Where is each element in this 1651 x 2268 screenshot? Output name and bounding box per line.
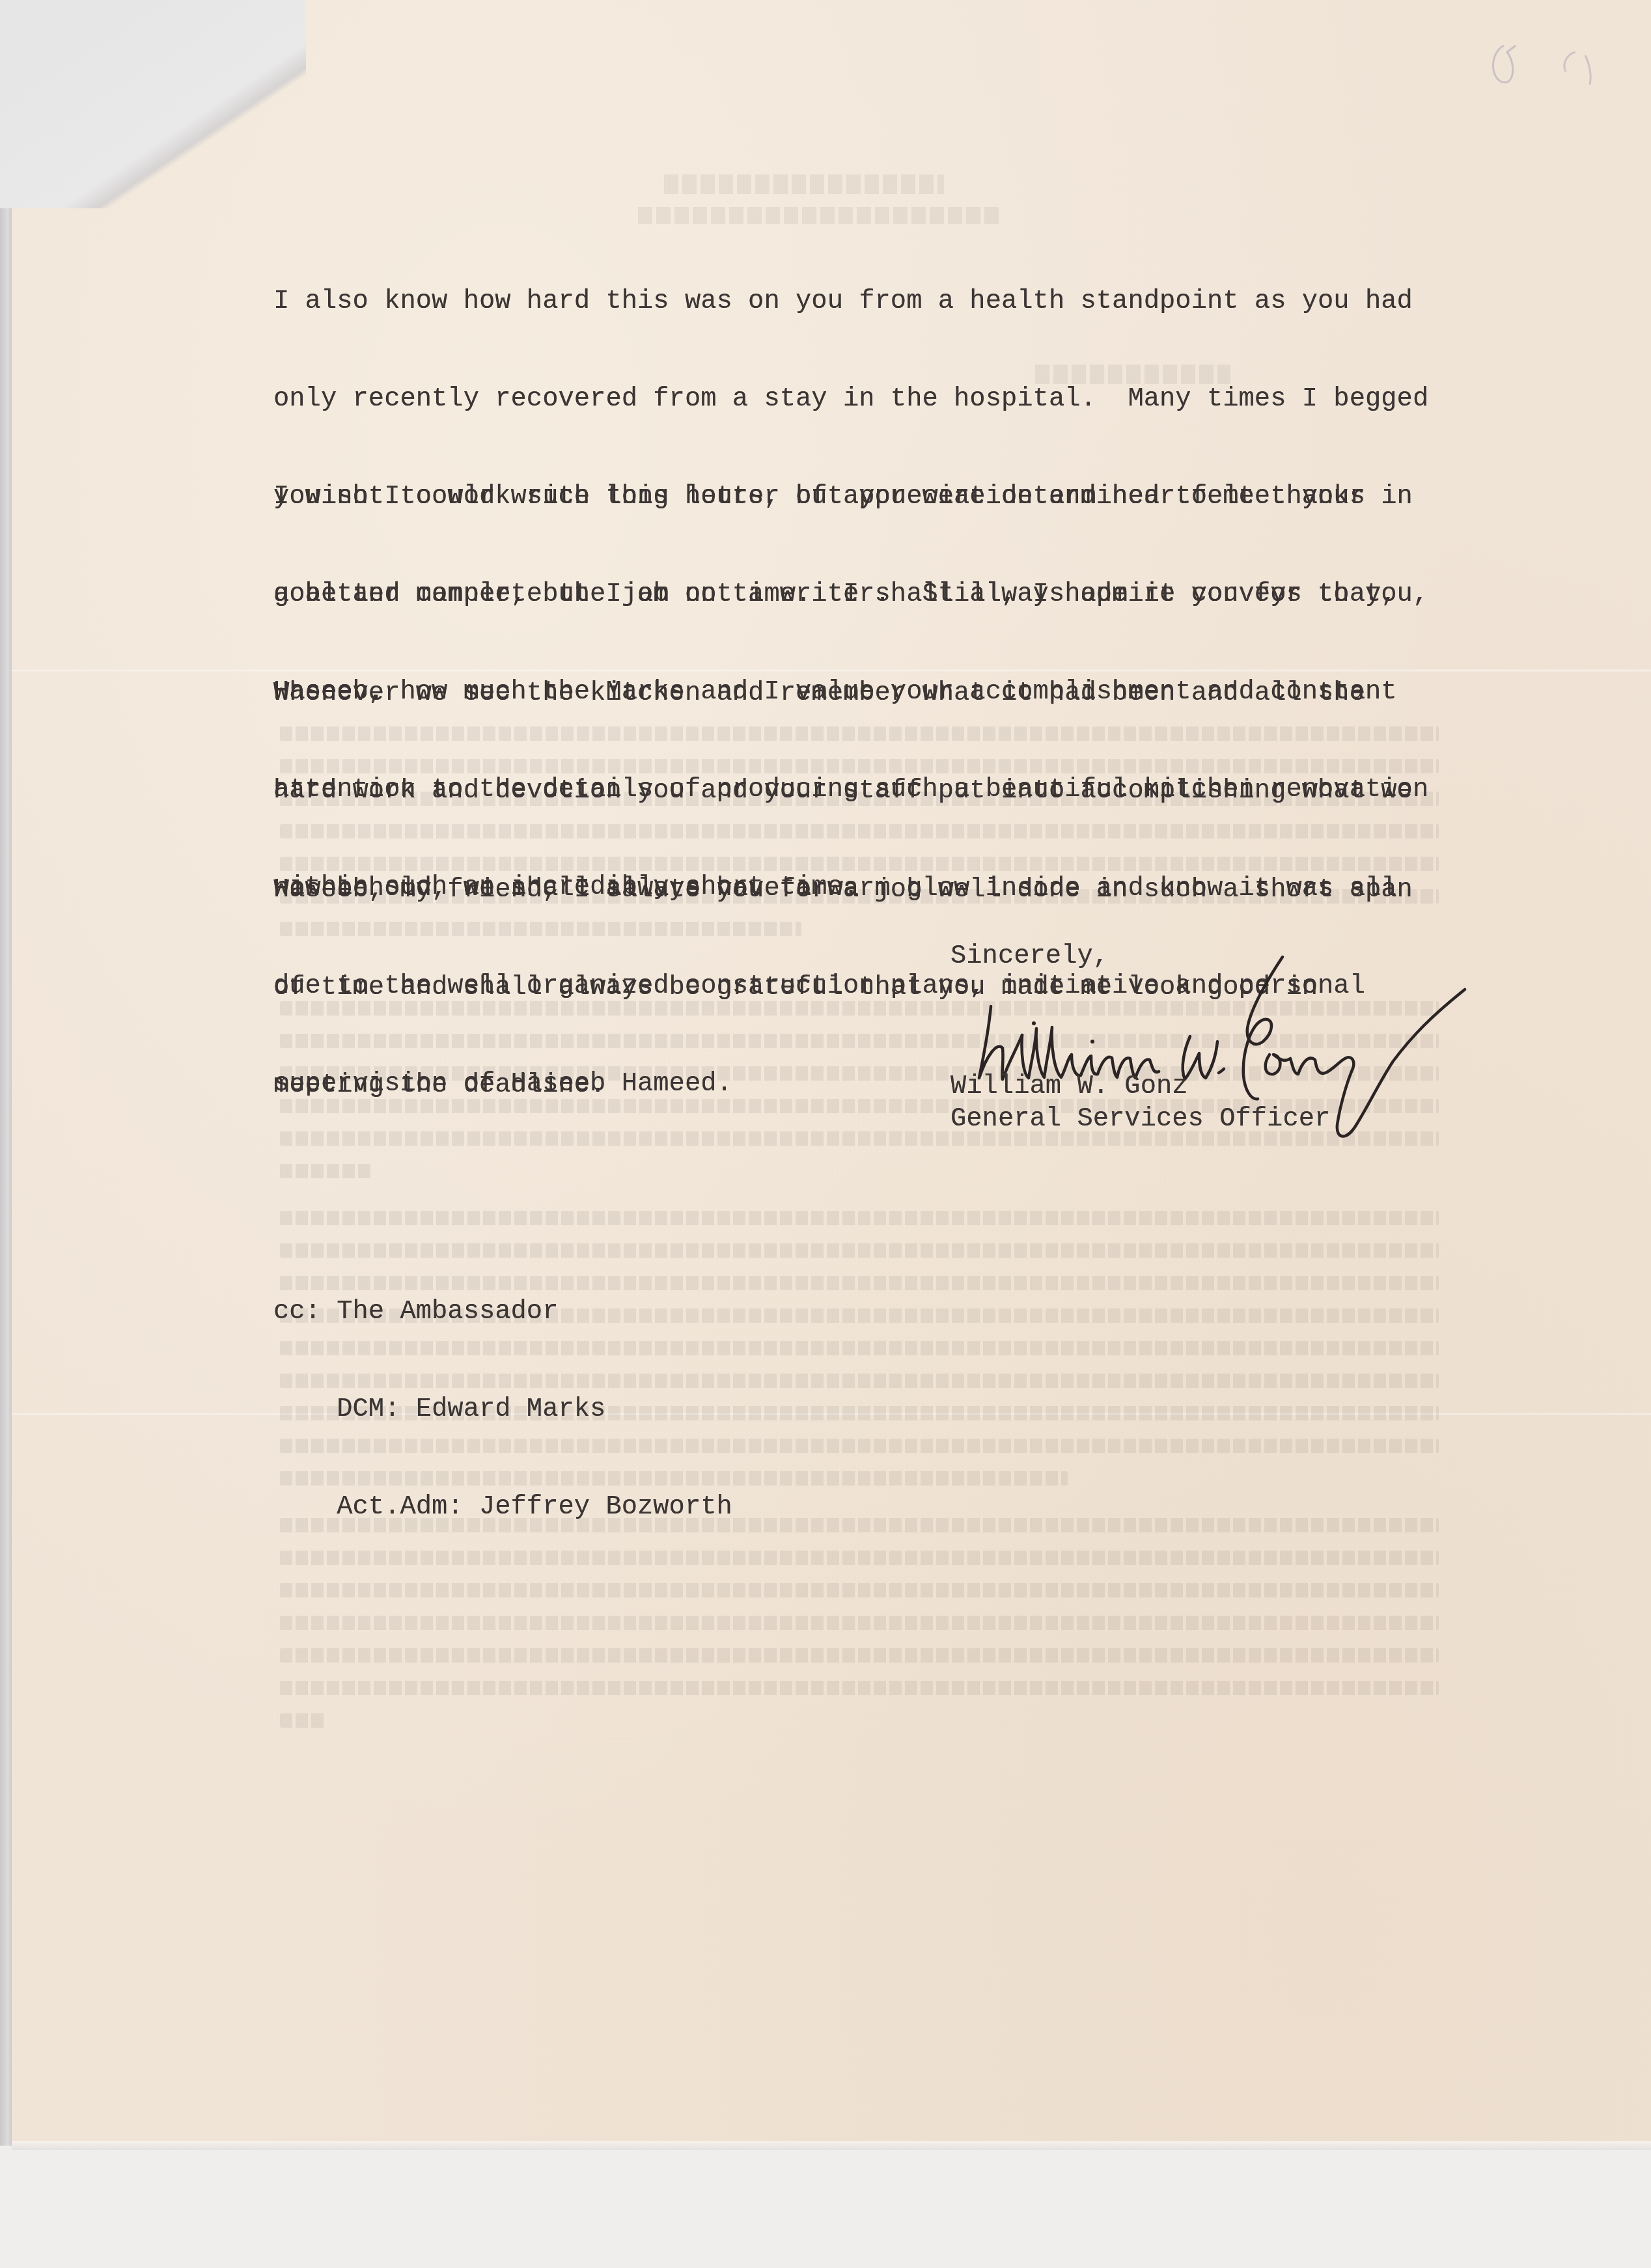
- body-line: hard work and devotion you and your staf…: [273, 775, 1413, 807]
- cc-line: DCM: Edward Marks: [273, 1393, 732, 1426]
- signer-title: General Services Officer: [950, 1103, 1330, 1135]
- cc-list: cc: The Ambassador DCM: Edward Marks Act…: [273, 1230, 732, 1556]
- body-line: Haseeb, my friend, I salute you for a jo…: [273, 874, 1413, 906]
- body-line: only recently recovered from a stay in t…: [273, 383, 1428, 415]
- cc-line: Act.Adm: Jeffrey Bozworth: [273, 1491, 732, 1523]
- body-line: I wish I could write this letter of appr…: [273, 480, 1428, 513]
- paper-bottom-edge: [12, 2141, 1651, 2150]
- scanner-left-edge: [0, 0, 13, 2146]
- body-line: Whenever we see the kitchen and remember…: [273, 677, 1413, 710]
- body-line: I also know how hard this was on you fro…: [273, 285, 1428, 318]
- body-line: a better manner, but I am not a writer. …: [273, 578, 1428, 611]
- cc-line: cc: The Ambassador: [273, 1295, 732, 1328]
- paper-fold-crease: [12, 1413, 1651, 1415]
- signer-name: William W. Gonz: [950, 1070, 1188, 1103]
